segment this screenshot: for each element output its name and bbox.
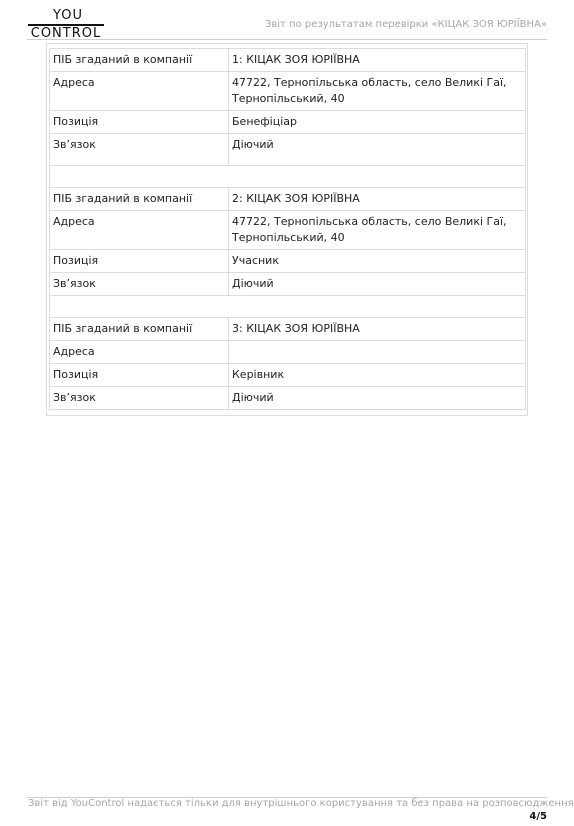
name-value: 1: КІЦАК ЗОЯ ЮРІЇВНА (229, 49, 526, 72)
address-label: Адреса (50, 72, 229, 111)
spacer-row (50, 296, 526, 318)
address-label: Адреса (50, 341, 229, 364)
spacer-row (50, 166, 526, 188)
address-line-2: Тернопільський, 40 (232, 231, 345, 244)
footer-disclaimer: Звіт від YouControl надається тільки для… (28, 798, 574, 809)
address-line-1: 47722, Тернопільська область, село Велик… (232, 215, 507, 228)
table-row: ПІБ згаданий в компанії 2: КІЦАК ЗОЯ ЮРІ… (50, 188, 526, 211)
name-value: 3: КІЦАК ЗОЯ ЮРІЇВНА (229, 318, 526, 341)
table-row: Позиція Керівник (50, 364, 526, 387)
position-label: Позиція (50, 364, 229, 387)
position-value: Учасник (229, 250, 526, 273)
relation-value: Діючий (229, 387, 526, 410)
position-value: Керівник (229, 364, 526, 387)
name-label: ПІБ згаданий в компанії (50, 188, 229, 211)
relation-value: Діючий (229, 273, 526, 296)
position-label: Позиція (50, 250, 229, 273)
logo-bottom-text: CONTROL (28, 27, 104, 40)
name-label: ПІБ згаданий в компанії (50, 49, 229, 72)
youcontrol-logo: YOU CONTROL (28, 9, 104, 40)
relation-value: Діючий (229, 134, 526, 166)
address-value (229, 341, 526, 364)
name-label: ПІБ згаданий в компанії (50, 318, 229, 341)
report-title: Звіт по результатам перевірки «КІЦАК ЗОЯ… (265, 19, 547, 30)
table-row: Адреса 47722, Тернопільська область, сел… (50, 72, 526, 111)
position-label: Позиція (50, 111, 229, 134)
page-number: 4/5 (529, 811, 547, 822)
relation-label: Зв’язок (50, 387, 229, 410)
position-value: Бенефіціар (229, 111, 526, 134)
related-persons-table: ПІБ згаданий в компанії 1: КІЦАК ЗОЯ ЮРІ… (49, 48, 526, 410)
name-value: 2: КІЦАК ЗОЯ ЮРІЇВНА (229, 188, 526, 211)
table-row: Позиція Бенефіціар (50, 111, 526, 134)
table-row: Позиція Учасник (50, 250, 526, 273)
relation-label: Зв’язок (50, 134, 229, 166)
header-divider (27, 39, 547, 40)
table-row: ПІБ згаданий в компанії 1: КІЦАК ЗОЯ ЮРІ… (50, 49, 526, 72)
table-row: Адреса (50, 341, 526, 364)
table-row: Зв’язок Діючий (50, 387, 526, 410)
address-line-1: 47722, Тернопільська область, село Велик… (232, 76, 507, 89)
logo-top-text: YOU (28, 9, 104, 22)
table-row: Зв’язок Діючий (50, 134, 526, 166)
address-line-2: Тернопільський, 40 (232, 92, 345, 105)
address-value: 47722, Тернопільська область, село Велик… (229, 211, 526, 250)
table-row: Зв’язок Діючий (50, 273, 526, 296)
relation-label: Зв’язок (50, 273, 229, 296)
table-row: ПІБ згаданий в компанії 3: КІЦАК ЗОЯ ЮРІ… (50, 318, 526, 341)
table-row: Адреса 47722, Тернопільська область, сел… (50, 211, 526, 250)
address-label: Адреса (50, 211, 229, 250)
address-value: 47722, Тернопільська область, село Велик… (229, 72, 526, 111)
